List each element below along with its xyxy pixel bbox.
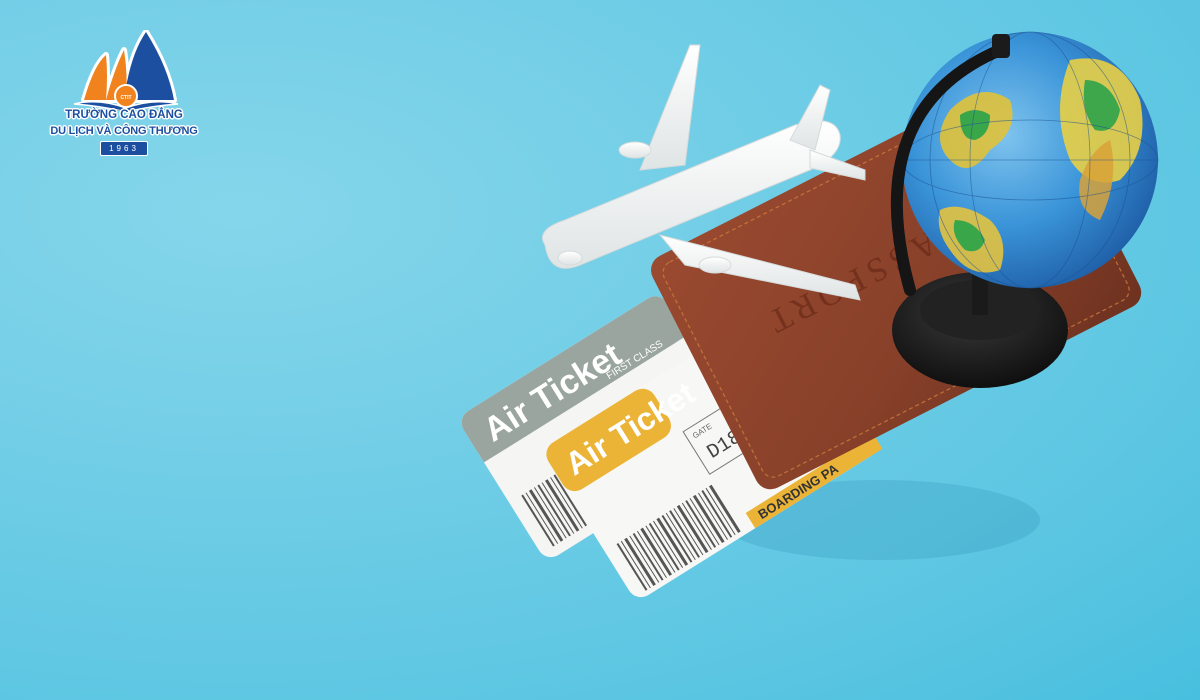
logo-name-line1: TRƯỜNG CAO ĐẲNG (44, 109, 204, 121)
logo-year-badge: 1963 (100, 141, 148, 156)
svg-text:CTIT: CTIT (120, 95, 131, 101)
logo-name-line2: DU LỊCH VÀ CÔNG THƯƠNG (44, 125, 204, 137)
sail-emblem-icon: CTIT (44, 30, 204, 110)
school-logo: CTIT TRƯỜNG CAO ĐẲNG DU LỊCH VÀ CÔNG THƯ… (44, 30, 204, 160)
hero-banner: Air Ticket FIRST CLASS BC Air Ticket GAT… (0, 0, 1200, 700)
